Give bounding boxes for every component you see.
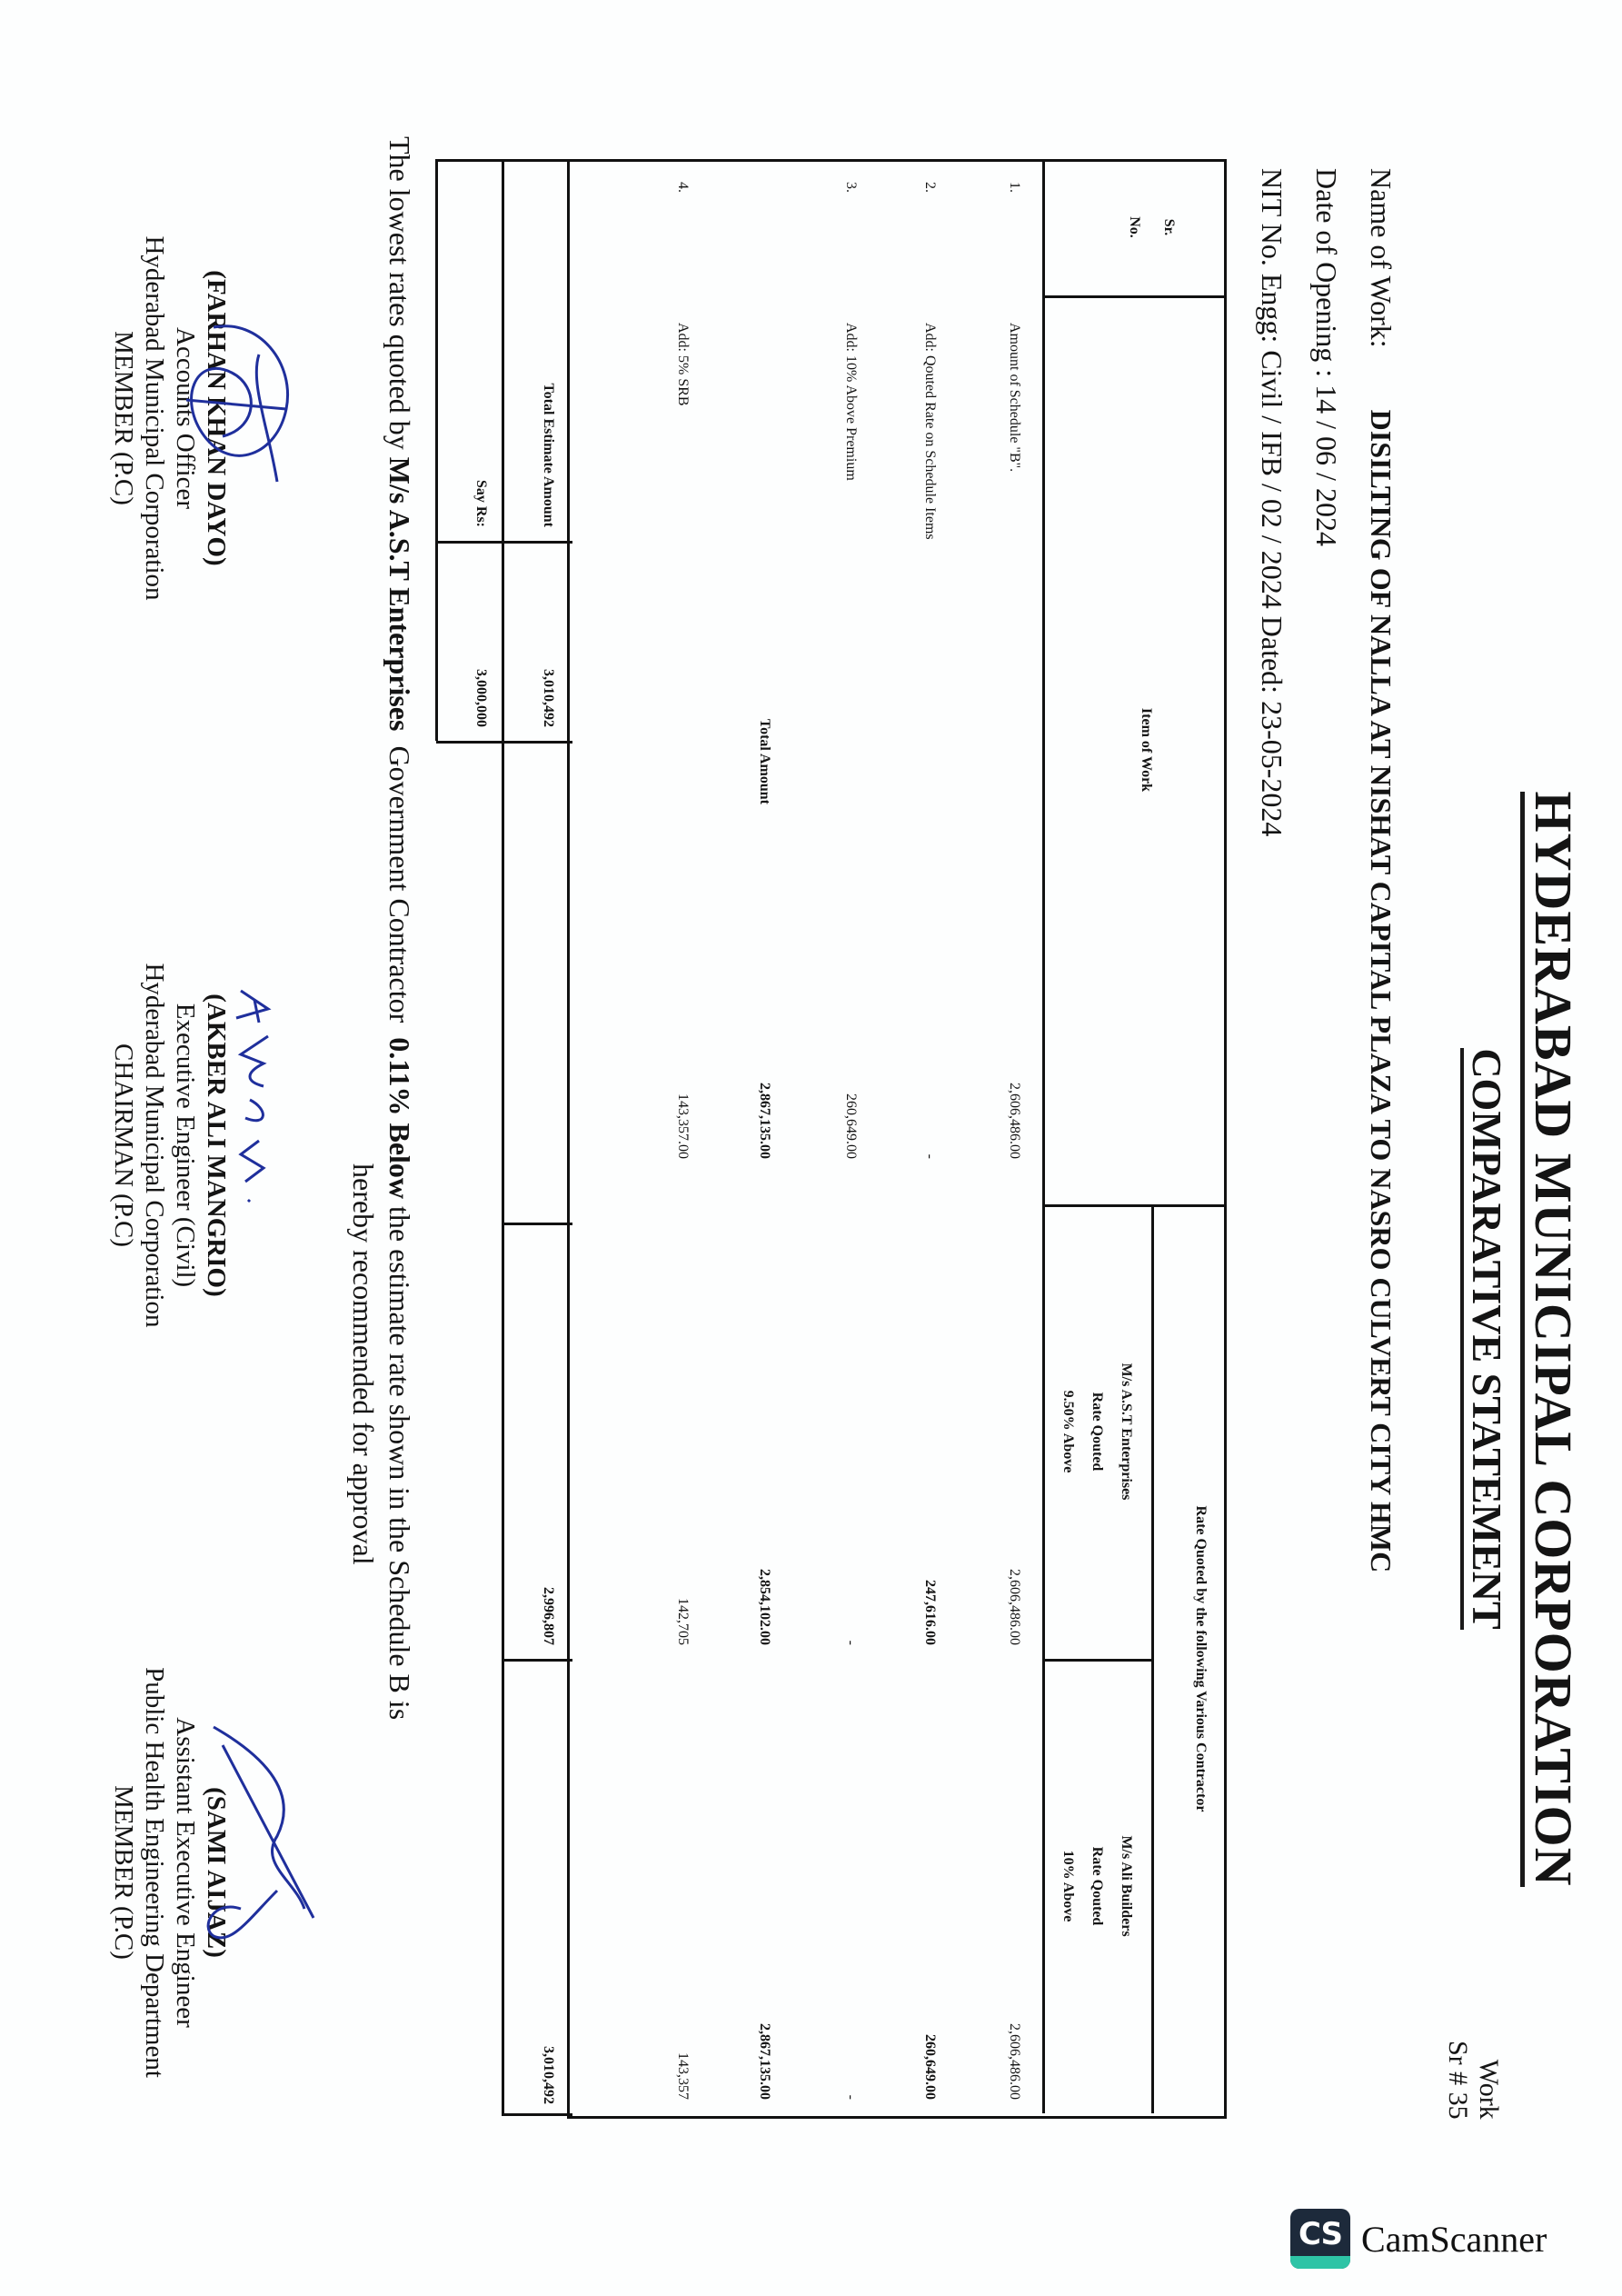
contractor-totals-divider-right (502, 1659, 572, 1662)
header-contractor-ast: M/s A.S.T Enterprises Rate Qouted 9.50% … (1053, 1204, 1140, 1659)
row-estimate-value: 143,357.00 (674, 868, 691, 1159)
row-ast-value: 2,606,486.00 (1006, 1332, 1022, 1645)
row-ali-value: 2,606,486.00 (1006, 1786, 1022, 2100)
remark-part2: Government Contractor (383, 731, 416, 1037)
contractor-totals-bottom (502, 741, 504, 2116)
remark-percent: 0.11% Below (383, 1037, 416, 1199)
header-divider (1042, 159, 1045, 2113)
name-of-work-row: Name of Work: DISILTING OF NALLA AT NISH… (1354, 168, 1408, 1572)
row-ali-value: 260,649.00 (921, 1786, 938, 2100)
camscanner-watermark: CS CamScanner (1290, 2209, 1547, 2269)
row-item-of-work: Total Amount (756, 295, 772, 804)
header-rate-quoted-group: Rate Quoted by the following Various Con… (1192, 1204, 1209, 2113)
row-ast-value: - (842, 1332, 859, 1645)
remark-contractor: M/s A.S.T Enterprises (383, 457, 416, 732)
remark-line2: hereby recommended for approval (345, 136, 382, 2163)
handwritten-signature-icon (195, 1709, 332, 1963)
say-rs-value: 3,000,000 (473, 541, 489, 727)
row-ali-value: 2,867,135.00 (756, 1786, 772, 2100)
total-estimate-label: Total Estimate Amount (540, 159, 556, 527)
organization-title: HYDERABAD MUNICIPAL CORPORATION (1520, 792, 1581, 1887)
header-sr-no: Sr. No. (1117, 159, 1186, 295)
name-of-work-label: Name of Work: (1365, 168, 1398, 348)
say-rs-label: Say Rs: (473, 159, 489, 527)
header-item-of-work: Item of Work (1138, 295, 1154, 1204)
row-serial: 2. (921, 182, 938, 273)
total-ali-value: 3,010,492 (540, 1659, 556, 2104)
row-ast-value: 2,854,102.00 (756, 1332, 772, 1645)
row-estimate-value: 260,649.00 (842, 868, 859, 1159)
signatory-executive-engineer: (AKBER ALI MANGRIO) Executive Engineer (… (108, 873, 232, 1418)
total-estimate-value: 3,010,492 (540, 541, 556, 727)
document-header: HYDERABAD MUNICIPAL CORPORATION COMPARAT… (1463, 0, 1581, 2296)
row-serial: 1. (1006, 182, 1022, 273)
totals-mid-divider (502, 159, 504, 741)
row-ast-value: 142,705 (674, 1332, 691, 1645)
row-serial: 4. (674, 182, 691, 273)
nit-number: NIT No. Engg: Civil / IFB / 02 / 2024 Da… (1245, 168, 1299, 1572)
row-item-of-work: Amount of Schedule "B". (1006, 323, 1022, 472)
row-ali-value: - (842, 1786, 859, 2100)
contractor-totals-right-border (502, 2113, 572, 2116)
row-estimate-value: 2,606,486.00 (1006, 868, 1022, 1159)
row-item-of-work: Add: 5% SRB (674, 323, 691, 406)
header-contractor-ali: M/s Ali Builders Rate Qouted 10% Above (1053, 1659, 1140, 2113)
remark-part1: The lowest rates quoted by (383, 136, 416, 457)
handwritten-signature-icon (168, 300, 313, 518)
row-serial: 3. (842, 182, 859, 273)
statement-title: COMPARATIVE STATEMENT (1460, 1048, 1510, 1629)
camscanner-label: CamScanner (1361, 2218, 1547, 2261)
comparative-table: Sr. No. Item of Work Rate Quoted by the … (436, 159, 1227, 2113)
scanned-document-page: Work Sr # 35 HYDERABAD MUNICIPAL CORPORA… (0, 0, 1622, 2296)
sr-column-divider (1045, 295, 1227, 298)
handwritten-signature-icon (223, 982, 286, 1218)
row-item-of-work: Add: 10% Above Premium (842, 323, 859, 481)
row-ali-value: 143,357 (674, 1786, 691, 2100)
row-item-of-work: Add: Qouted Rate on Schedule Items (921, 323, 938, 540)
recommendation-text: The lowest rates quoted by M/s A.S.T Ent… (345, 136, 418, 2163)
date-of-opening: Date of Opening : 14 / 06 / 2024 (1299, 168, 1354, 1572)
row-ast-value: 247,616.00 (921, 1332, 938, 1645)
name-of-work-value: DISILTING OF NALLA AT NISHAT CAPITAL PLA… (1365, 410, 1398, 1573)
row-estimate-value: - (921, 868, 938, 1159)
totals-right-border (436, 741, 572, 744)
camscanner-logo-icon: CS (1290, 2209, 1350, 2269)
remark-part3: the estimate rate shown in the Schedule … (383, 1199, 416, 1720)
tender-details: Name of Work: DISILTING OF NALLA AT NISH… (1245, 168, 1408, 1572)
totals-bottom-border (435, 159, 438, 741)
row-estimate-value: 2,867,135.00 (756, 868, 772, 1159)
contractor-totals-divider-left (502, 1223, 572, 1225)
total-ast-value: 2,996,807 (540, 1223, 556, 1645)
